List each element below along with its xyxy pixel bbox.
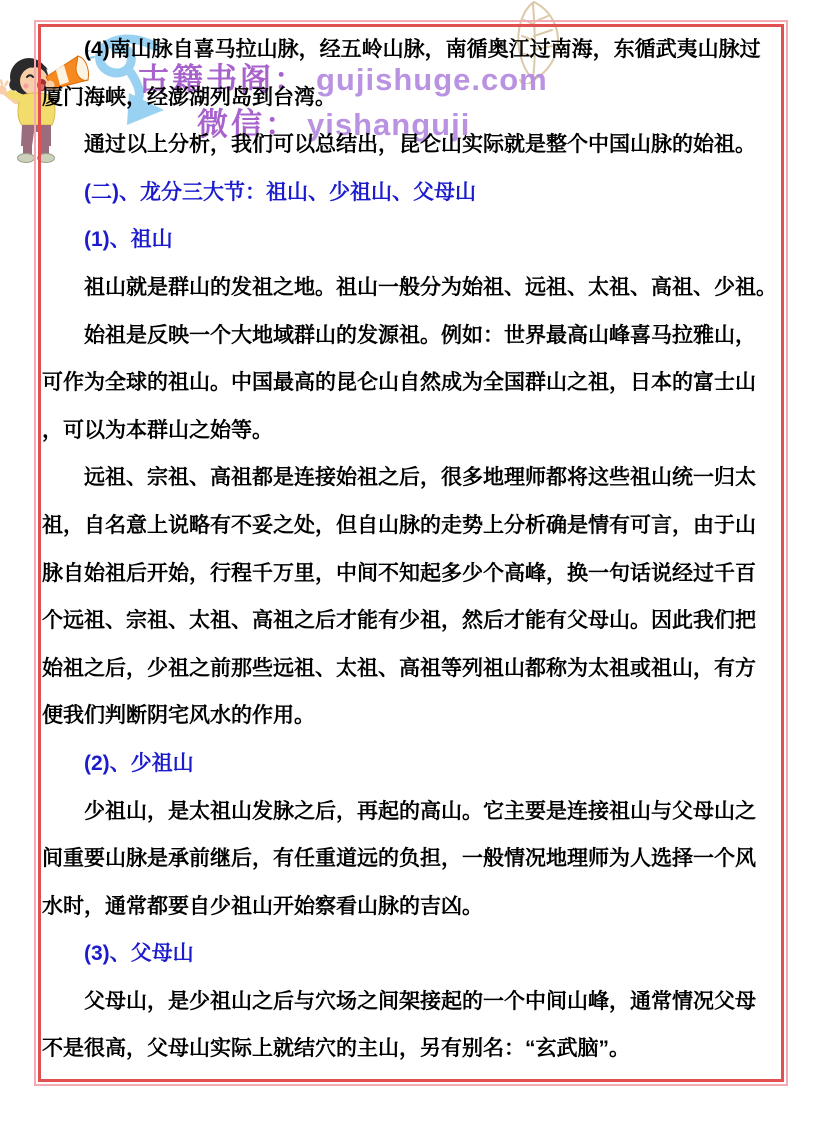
text-line: 水时，通常都要自少祖山开始察看山脉的吉凶。 — [42, 883, 778, 931]
text-line: 祖山就是群山的发祖之地。祖山一般分为始祖、远祖、太祖、高祖、少祖。 — [42, 264, 778, 312]
text-line: 少祖山，是太祖山发脉之后，再起的高山。它主要是连接祖山与父母山之 — [42, 788, 778, 836]
text-line: 祖，自名意上说略有不妥之处，但自山脉的走势上分析确是情有可言，由于山 — [42, 502, 778, 550]
text-line: 厦门海峡，经澎湖列岛到台湾。 — [42, 74, 778, 122]
text-line: 始祖是反映一个大地域群山的发源祖。例如：世界最高山峰喜马拉雅山， — [42, 312, 778, 360]
heading-line: (二)、龙分三大节：祖山、少祖山、父母山 — [42, 169, 778, 217]
text-line: 始祖之后，少祖之前那些远祖、太祖、高祖等列祖山都称为太祖或祖山，有方 — [42, 645, 778, 693]
document-body: (4)南山脉自喜马拉山脉，经五岭山脉，南循奥江过南海，东循武夷山脉过厦门海峡，经… — [42, 26, 778, 1073]
text-line: 个远祖、宗祖、太祖、高祖之后才能有少祖，然后才能有父母山。因此我们把 — [42, 597, 778, 645]
text-line: ，可以为本群山之始等。 — [42, 407, 778, 455]
text-line: 间重要山脉是承前继后，有任重道远的负担，一般情况地理师为人选择一个风 — [42, 835, 778, 883]
text-line: 远祖、宗祖、高祖都是连接始祖之后，很多地理师都将这些祖山统一归太 — [42, 454, 778, 502]
page-canvas: 古籍书阁：gujishuge.com 微信：yishanguji (4)南山脉自… — [0, 0, 834, 1137]
text-line: 便我们判断阴宅风水的作用。 — [42, 692, 778, 740]
heading-line: (2)、少祖山 — [42, 740, 778, 788]
text-line: 通过以上分析，我们可以总结出，昆仑山实际就是整个中国山脉的始祖。 — [42, 121, 778, 169]
text-line: 脉自始祖后开始，行程千万里，中间不知起多少个高峰，换一句话说经过千百 — [42, 550, 778, 598]
text-line: 父母山，是少祖山之后与穴场之间架接起的一个中间山峰，通常情况父母 — [42, 978, 778, 1026]
text-line: (4)南山脉自喜马拉山脉，经五岭山脉，南循奥江过南海，东循武夷山脉过 — [42, 26, 778, 74]
heading-line: (1)、祖山 — [42, 216, 778, 264]
text-line: 不是很高，父母山实际上就结穴的主山，另有别名：“玄武脑”。 — [42, 1025, 778, 1073]
text-line: 可作为全球的祖山。中国最高的昆仑山自然成为全国群山之祖，日本的富士山 — [42, 359, 778, 407]
heading-line: (3)、父母山 — [42, 930, 778, 978]
